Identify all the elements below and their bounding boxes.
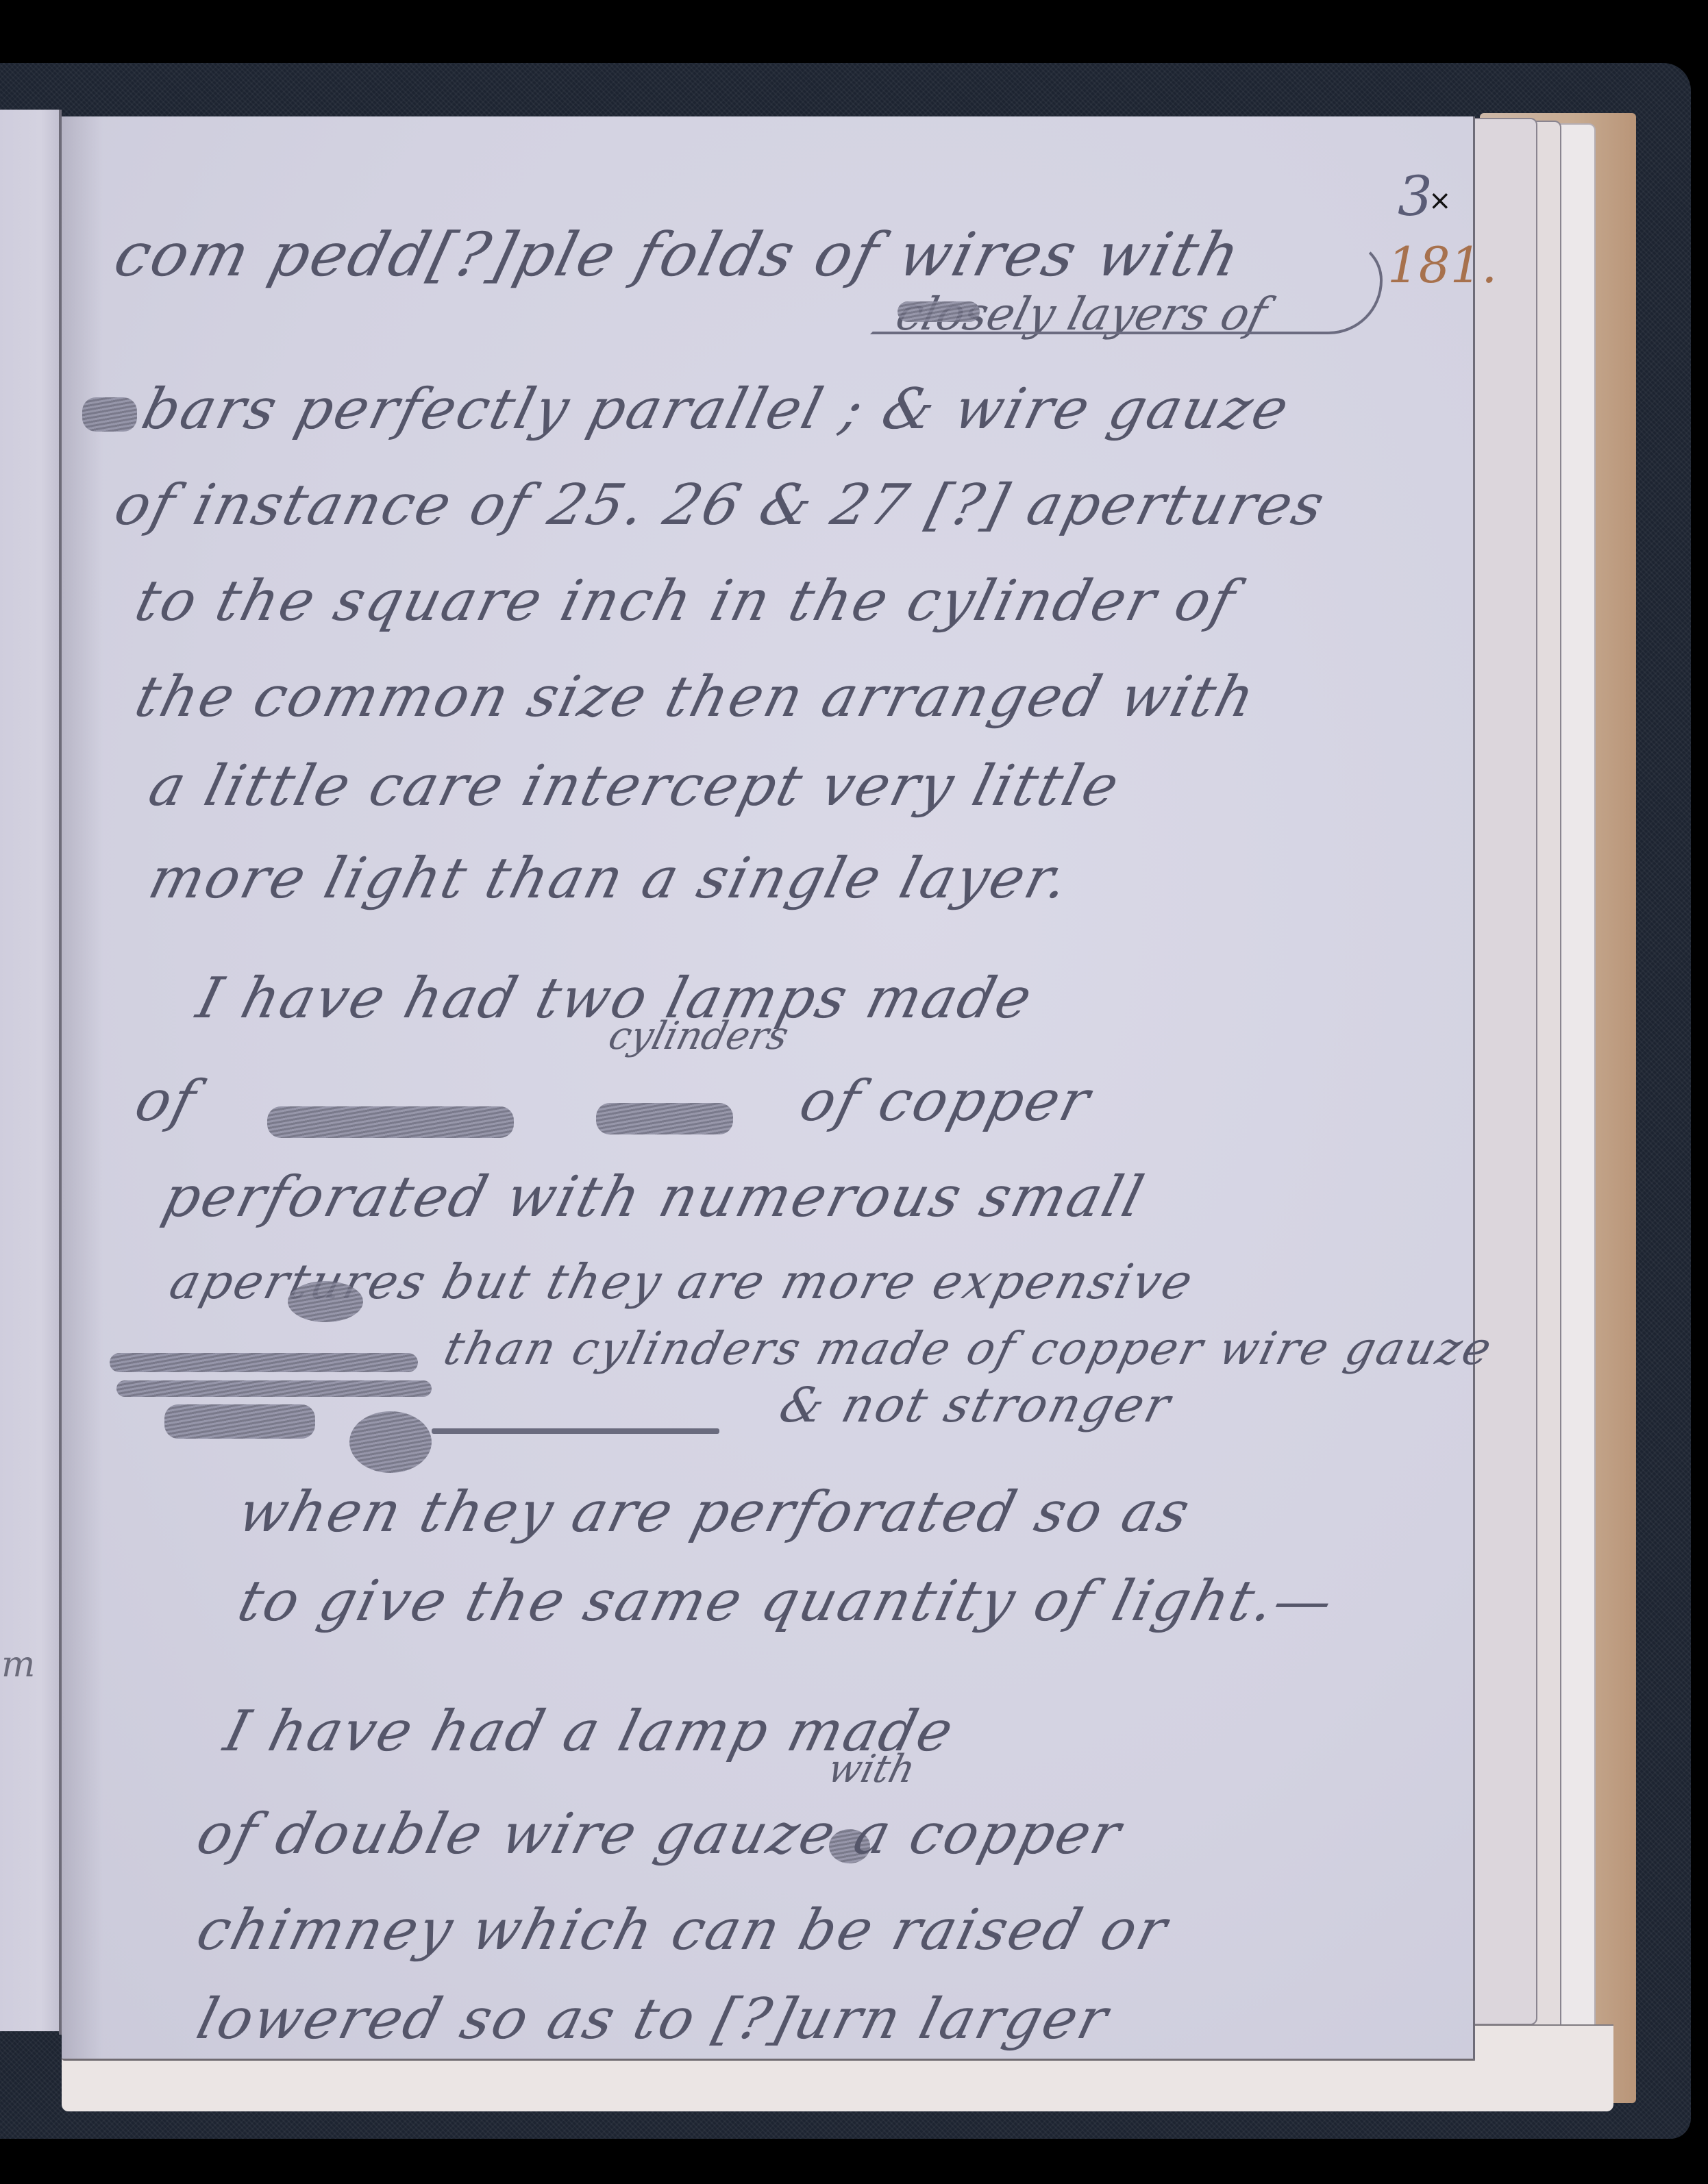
manuscript-line: chimney which can be raised or	[190, 1898, 1175, 1963]
manuscript-insert: cylinders	[604, 1014, 793, 1058]
manuscript-line: bars perfectly parallel ; & wire gauze	[136, 377, 1297, 442]
folio-number: 3	[1398, 164, 1433, 228]
left-page-text: m	[1, 1644, 35, 1685]
manuscript-line: of instance of 25. 26 & 27 [?] apertures	[108, 473, 1333, 538]
manuscript-line: more light than a single layer.	[143, 846, 1077, 911]
manuscript-line: to give the same quantity of light.—	[232, 1569, 1341, 1634]
manuscript-line: than cylinders made of copper wire gauze	[438, 1322, 1498, 1375]
struck-word	[898, 301, 980, 322]
manuscript-line-prefix: of	[129, 1069, 203, 1134]
manuscript-line: the common size then arranged with	[129, 665, 1263, 730]
folio-secondary: 181.	[1387, 236, 1497, 294]
manuscript-insert: with	[824, 1747, 920, 1791]
manuscript-line: lowered so as to [?]urn larger	[190, 1987, 1116, 2052]
struck-word	[267, 1106, 514, 1138]
manuscript-line: a little care intercept very little	[143, 754, 1127, 819]
strike-line	[432, 1428, 719, 1434]
manuscript-line: when they are perforated so as	[232, 1480, 1198, 1545]
struck-phrase	[110, 1353, 418, 1372]
struck-word	[82, 397, 137, 432]
struck-word	[596, 1103, 733, 1134]
struck-phrase	[164, 1404, 315, 1439]
manuscript-line: of double wire gauze a copper	[190, 1802, 1129, 1867]
manuscript-line: perforated with numerous small	[156, 1165, 1152, 1230]
manuscript-line: & not stronger	[774, 1377, 1178, 1433]
struck-phrase	[349, 1411, 432, 1473]
manuscript-line: of copper	[793, 1069, 1098, 1134]
manuscript-line: to the square inch in the cylinder of	[129, 569, 1243, 634]
struck-word	[288, 1281, 363, 1322]
folio-mark: ×	[1428, 185, 1452, 216]
left-page-fragment: m	[0, 110, 59, 2031]
struck-phrase	[116, 1380, 432, 1397]
manuscript-page: 3 × 181. com pedd[?]ple folds of wires w…	[62, 116, 1475, 2061]
